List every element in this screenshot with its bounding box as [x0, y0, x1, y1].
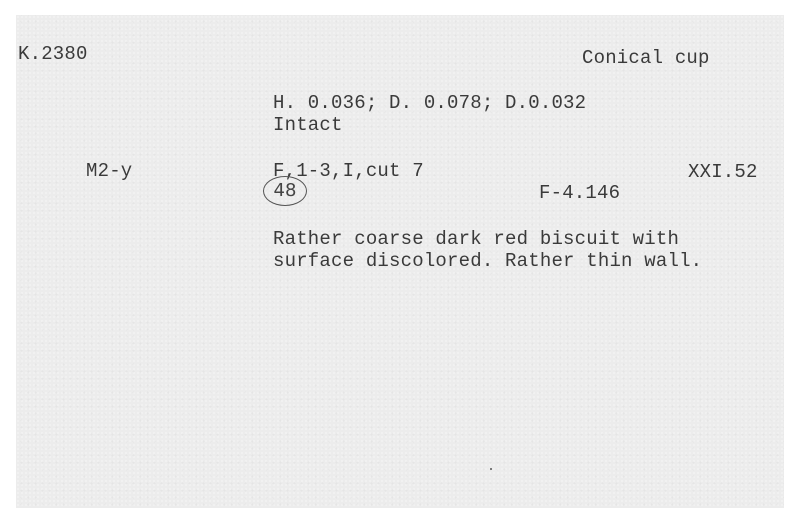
catalog-number: K.2380: [18, 43, 88, 65]
paper-speck: [490, 468, 492, 470]
dimensions: H. 0.036; D. 0.078; D.0.032: [273, 92, 586, 114]
condition: Intact: [273, 114, 343, 136]
description-line: surface discolored. Rather thin wall.: [273, 250, 702, 272]
plate-reference: XXI.52: [688, 161, 758, 183]
catalog-card: K.2380 Conical cup H. 0.036; D. 0.078; D…: [16, 15, 784, 508]
description-line: Rather coarse dark red biscuit with: [273, 228, 679, 250]
location-code: M2-y: [86, 160, 132, 182]
object-type: Conical cup: [582, 47, 710, 69]
field-reference: F-4.146: [539, 182, 620, 204]
handwritten-circled-number: 48: [263, 176, 307, 206]
